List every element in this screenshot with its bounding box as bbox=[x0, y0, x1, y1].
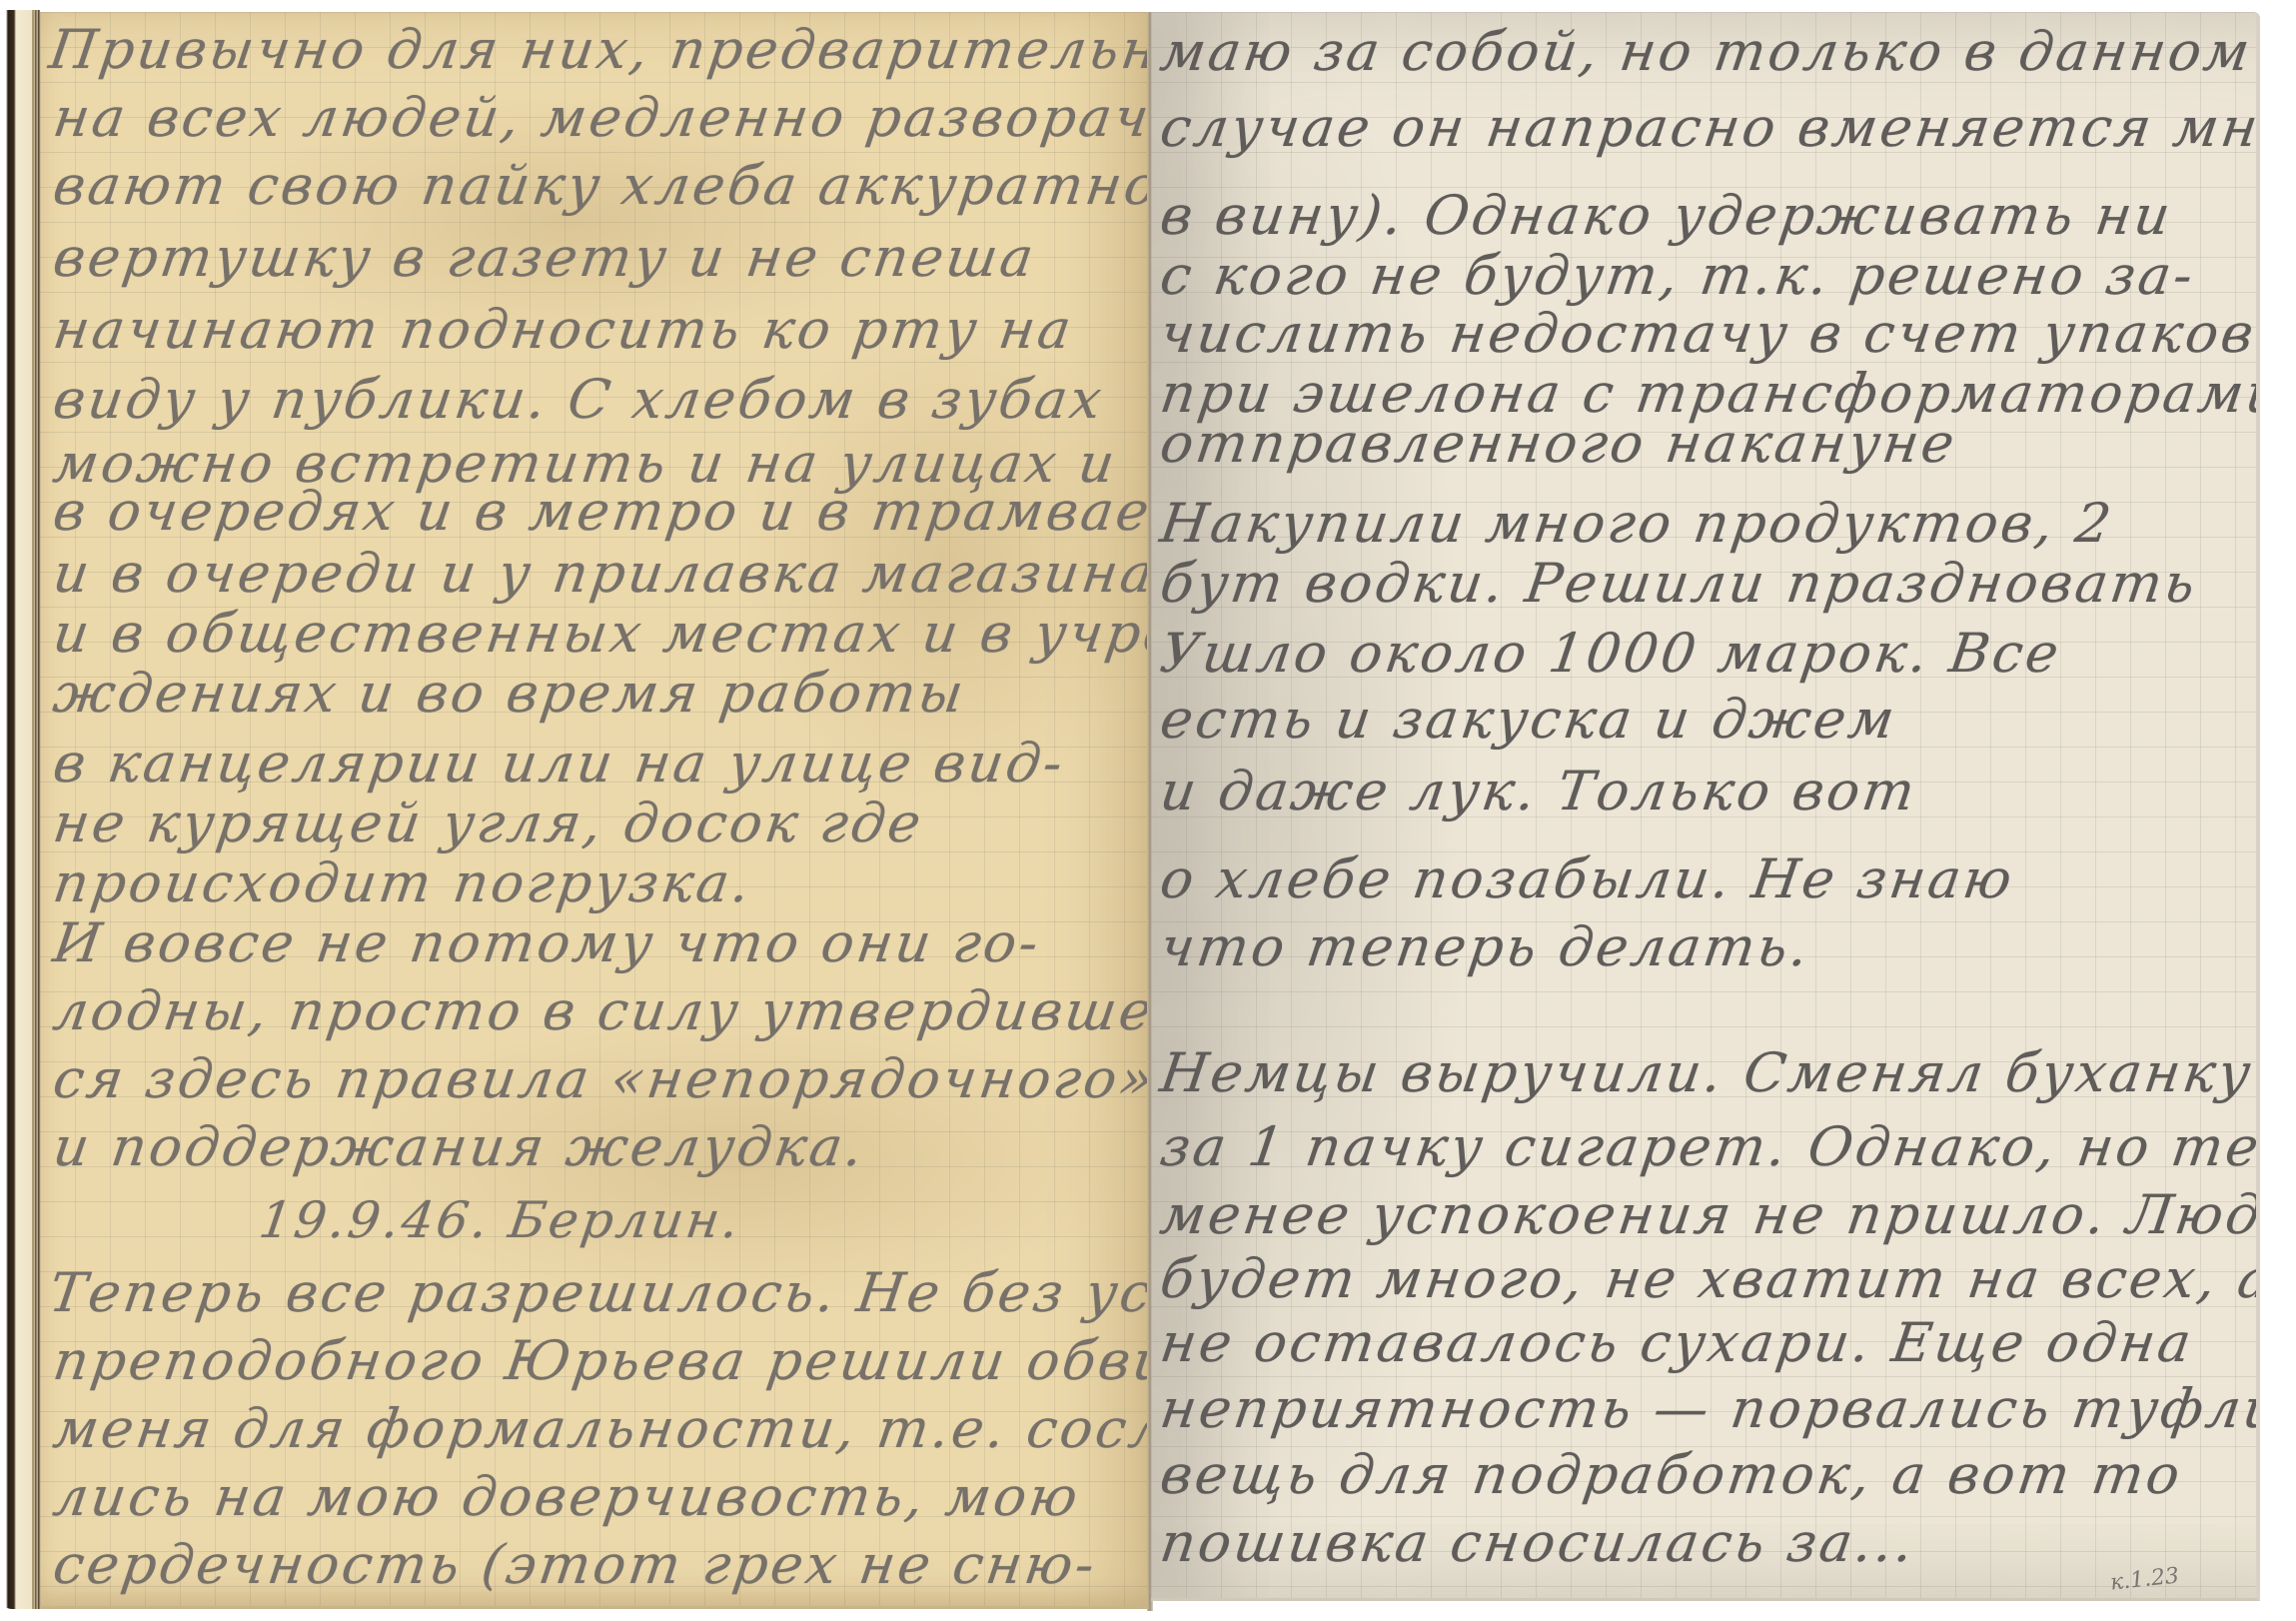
text-line: лодны, просто в силу утвердившего- bbox=[50, 979, 1149, 1042]
text-line: вещь для подработок, а вот то bbox=[1157, 1443, 2187, 1506]
text-line: вают свою пайку хлеба аккуратно до bbox=[50, 154, 1149, 217]
text-line: на всех людей, медленно разворачи- bbox=[50, 86, 1149, 149]
text-line: ся здесь правила «непорядочного» добыт bbox=[50, 1047, 1149, 1110]
text-line: числить недостачу в счет упаковки bbox=[1157, 302, 2260, 365]
text-line: И вовсе не потому что они го- bbox=[50, 911, 1045, 974]
date-heading: 19.9.46. Берлин. bbox=[256, 1191, 745, 1249]
text-line: случае он напрасно вменяется мне bbox=[1157, 96, 2260, 159]
text-line: и в очереди и у прилавка магазина bbox=[50, 542, 1149, 605]
text-line: отправленного накануне bbox=[1157, 412, 1961, 475]
text-line: о хлебе позабыли. Не знаю bbox=[1157, 847, 2019, 910]
text-line: не оставалось сухари. Еще одна bbox=[1157, 1311, 2198, 1374]
text-line: что теперь делать. bbox=[1157, 915, 1815, 978]
text-line: вертушку в газету и не спеша bbox=[50, 226, 1040, 289]
left-page: Привычно для них, предварительно на всех… bbox=[40, 12, 1149, 1609]
text-line: меня для формальности, т.е. сосла- bbox=[50, 1397, 1149, 1460]
text-line: Привычно для них, предварительно bbox=[46, 18, 1149, 81]
text-line: Накупили много продуктов, 2 bbox=[1157, 492, 2118, 555]
text-line: ждениях и во время работы bbox=[50, 662, 970, 725]
text-line: виду у публики. С хлебом в зубах bbox=[50, 368, 1109, 431]
text-line: пошивка сносилась за... bbox=[1157, 1511, 1920, 1574]
text-line: бут водки. Решили праздновать bbox=[1157, 552, 2202, 615]
text-line: лись на мою доверчивость, мою bbox=[50, 1465, 1085, 1528]
text-line: есть и закуска и джем bbox=[1157, 688, 1901, 751]
text-line: в очередях и в метро и в трамвае bbox=[50, 480, 1149, 543]
text-line: в вину). Однако удерживать ни bbox=[1157, 184, 2177, 247]
text-line: с кого не будут, т.к. решено за- bbox=[1157, 244, 2200, 307]
text-line: сердечность (этот грех не сню- bbox=[50, 1533, 1102, 1596]
text-line: неприятность — порвались туфли bbox=[1157, 1377, 2260, 1440]
text-line: происходит погрузка. bbox=[50, 851, 757, 914]
text-line: в канцелярии или на улице вид- bbox=[50, 732, 1070, 795]
right-page: маю за собой, но только в данном случае … bbox=[1151, 12, 2260, 1601]
text-line: Теперь все разрешилось. Не без усердия bbox=[46, 1261, 1149, 1324]
text-line: будет много, не хватит на всех, а у меня bbox=[1157, 1247, 2260, 1310]
text-line: преподобного Юрьева решили обвинить bbox=[50, 1329, 1149, 1392]
page-number: к.1.23 bbox=[2109, 1563, 2180, 1595]
text-line: за 1 пачку сигарет. Однако, но тем не bbox=[1157, 1115, 2260, 1178]
text-line: менее успокоения не пришло. Людей bbox=[1157, 1183, 2260, 1246]
text-line: и даже лук. Только вот bbox=[1157, 760, 1921, 822]
text-line: Немцы выручили. Сменял буханку bbox=[1157, 1041, 2258, 1104]
text-line: Ушло около 1000 марок. Все bbox=[1157, 622, 2066, 685]
text-line: начинают подносить ко рту на bbox=[50, 298, 1078, 361]
text-line: маю за собой, но только в данном bbox=[1157, 20, 2257, 83]
text-line: не курящей угля, досок где bbox=[50, 792, 928, 854]
text-line: и в общественных местах и в учре- bbox=[50, 602, 1149, 665]
notebook-spread: Привычно для них, предварительно на всех… bbox=[0, 0, 2296, 1621]
notebook-edge bbox=[0, 10, 40, 1609]
text-line: и поддержания желудка. bbox=[50, 1115, 870, 1178]
